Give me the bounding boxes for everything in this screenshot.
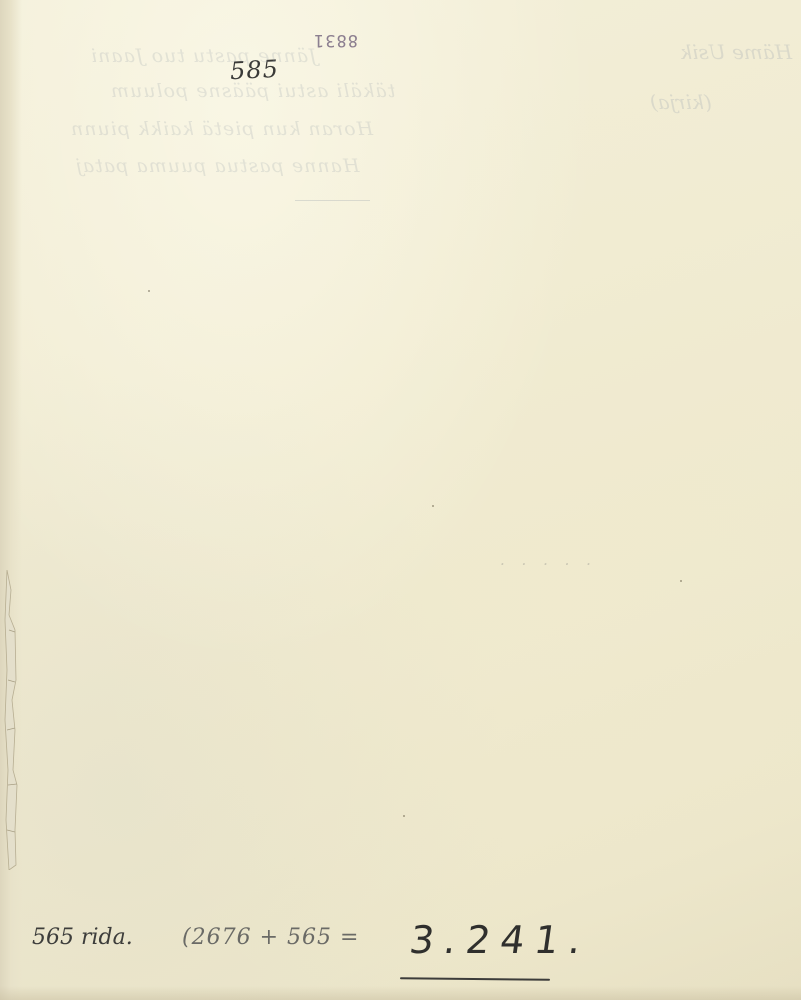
bleed-through-rule — [295, 200, 370, 201]
paper-speck — [403, 815, 405, 817]
total-underline — [400, 977, 550, 981]
paper-speck — [432, 505, 434, 507]
bleed-through-line-1: Jänne pastu tuo Jaani — [90, 45, 317, 67]
bleed-through-line-3: Horan kun pietä kaikk piunn — [70, 118, 373, 140]
faint-pencil-marks: · · · · · — [500, 555, 597, 573]
paper-speck — [148, 290, 150, 292]
bleed-through-line-2: täkäli astui pääsne poluum — [110, 80, 395, 102]
sum-calculation: (2676 + 565 = — [182, 925, 359, 950]
manuscript-page: 8831 585 Jänne pastu tuo Jaani täkäli as… — [0, 0, 801, 1000]
bleed-through-margin-note-1: Häme Usik — [680, 40, 792, 64]
sum-total: 3.241. — [407, 918, 594, 962]
bleed-through-line-4: Hanne pastua puuma pataj — [75, 155, 360, 177]
bleed-through-margin-note-2: (kirja) — [650, 90, 712, 114]
rows-count-label: 565 rida. — [32, 925, 133, 950]
torn-binding-strip — [3, 570, 19, 870]
paper-speck — [680, 580, 682, 582]
bottom-edge-shadow — [0, 986, 801, 1000]
archive-stamp-number: 8831 — [313, 30, 358, 50]
